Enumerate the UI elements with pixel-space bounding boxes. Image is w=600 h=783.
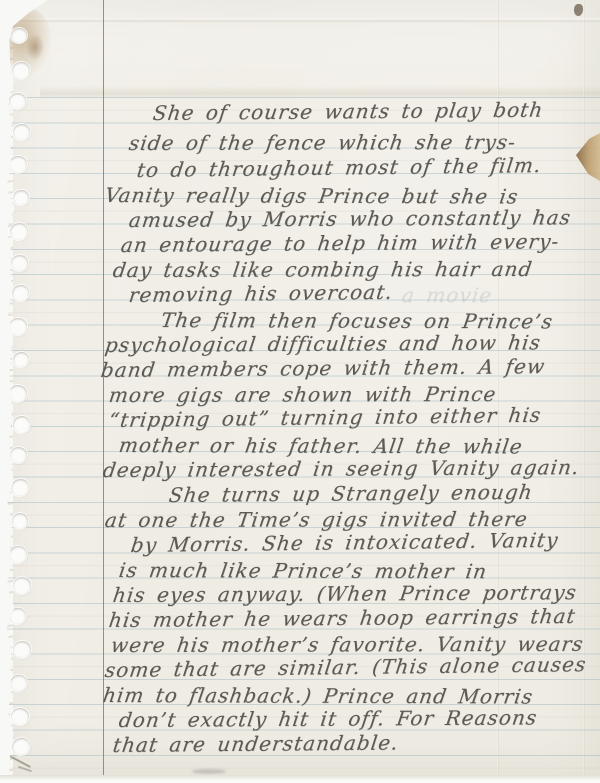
handwriting-line: don’t exactly hit it off. For Reasons bbox=[118, 708, 596, 733]
pencil-smudge-bottom bbox=[192, 769, 226, 774]
handwriting-line: Vanity really digs Prince but she is bbox=[104, 183, 596, 208]
handwriting-text: She of course wants to play bothside of … bbox=[104, 101, 596, 758]
punch-hole bbox=[12, 189, 29, 205]
handwriting-line: She of course wants to play both bbox=[152, 101, 596, 126]
punch-hole bbox=[8, 544, 29, 564]
punch-hole bbox=[13, 123, 31, 140]
punch-hole bbox=[11, 639, 33, 660]
scan-surface-below-paper bbox=[0, 775, 600, 783]
handwriting-line: deeply interested in seeing Vanity again… bbox=[102, 458, 596, 483]
handwriting-line: an entourage to help him with every- bbox=[120, 233, 596, 258]
handwriting-line: that are understandable. bbox=[112, 733, 596, 758]
paper-crease-top bbox=[0, 18, 600, 22]
handwriting-line: to do throughout most of the film. bbox=[136, 158, 596, 183]
handwriting-line: side of the fence which she trys- bbox=[128, 131, 596, 156]
handwriting-line: day tasks like combing his hair and bbox=[112, 258, 596, 283]
punch-hole bbox=[12, 575, 33, 595]
punch-hole bbox=[12, 351, 30, 369]
punch-hole bbox=[11, 28, 27, 43]
punch-hole bbox=[9, 93, 27, 110]
handwriting-line: removing his overcoat.a movie bbox=[128, 283, 596, 308]
stain-top-left-dark-spot bbox=[26, 34, 44, 60]
notebook-paper: She of course wants to play bothside of … bbox=[0, 0, 600, 775]
handwriting-line: She turns up Strangely enough bbox=[168, 483, 596, 508]
handwriting-line: him to flashback.) Prince and Morris bbox=[102, 683, 596, 708]
punch-hole bbox=[12, 414, 32, 433]
speck-top-right bbox=[574, 4, 583, 16]
handwriting-line: “tripping out” turning into either his bbox=[108, 408, 596, 433]
punch-hole bbox=[8, 316, 28, 335]
punch-hole bbox=[12, 62, 30, 79]
punch-hole bbox=[10, 512, 29, 531]
punch-hole bbox=[11, 284, 30, 302]
handwriting-line: by Morris. She is intoxicated. Vanity bbox=[130, 533, 596, 558]
punch-hole bbox=[8, 155, 27, 173]
handwriting-line: band members cope with them. A few bbox=[100, 358, 596, 383]
scanned-page-background: She of course wants to play bothside of … bbox=[0, 0, 600, 783]
punch-hole bbox=[7, 384, 27, 403]
handwriting-line: his mother he wears hoop earrings that bbox=[108, 608, 596, 633]
handwriting-line: is much like Prince’s mother in bbox=[118, 558, 596, 583]
handwriting-line: The film then focuses on Prince’s bbox=[160, 308, 596, 333]
handwriting-line: mother or his father. All the while bbox=[118, 433, 596, 458]
handwriting-line: some that are similar. (This alone cause… bbox=[104, 658, 596, 683]
erased-pencil-word: a movie bbox=[401, 283, 495, 308]
punch-hole bbox=[10, 254, 29, 272]
